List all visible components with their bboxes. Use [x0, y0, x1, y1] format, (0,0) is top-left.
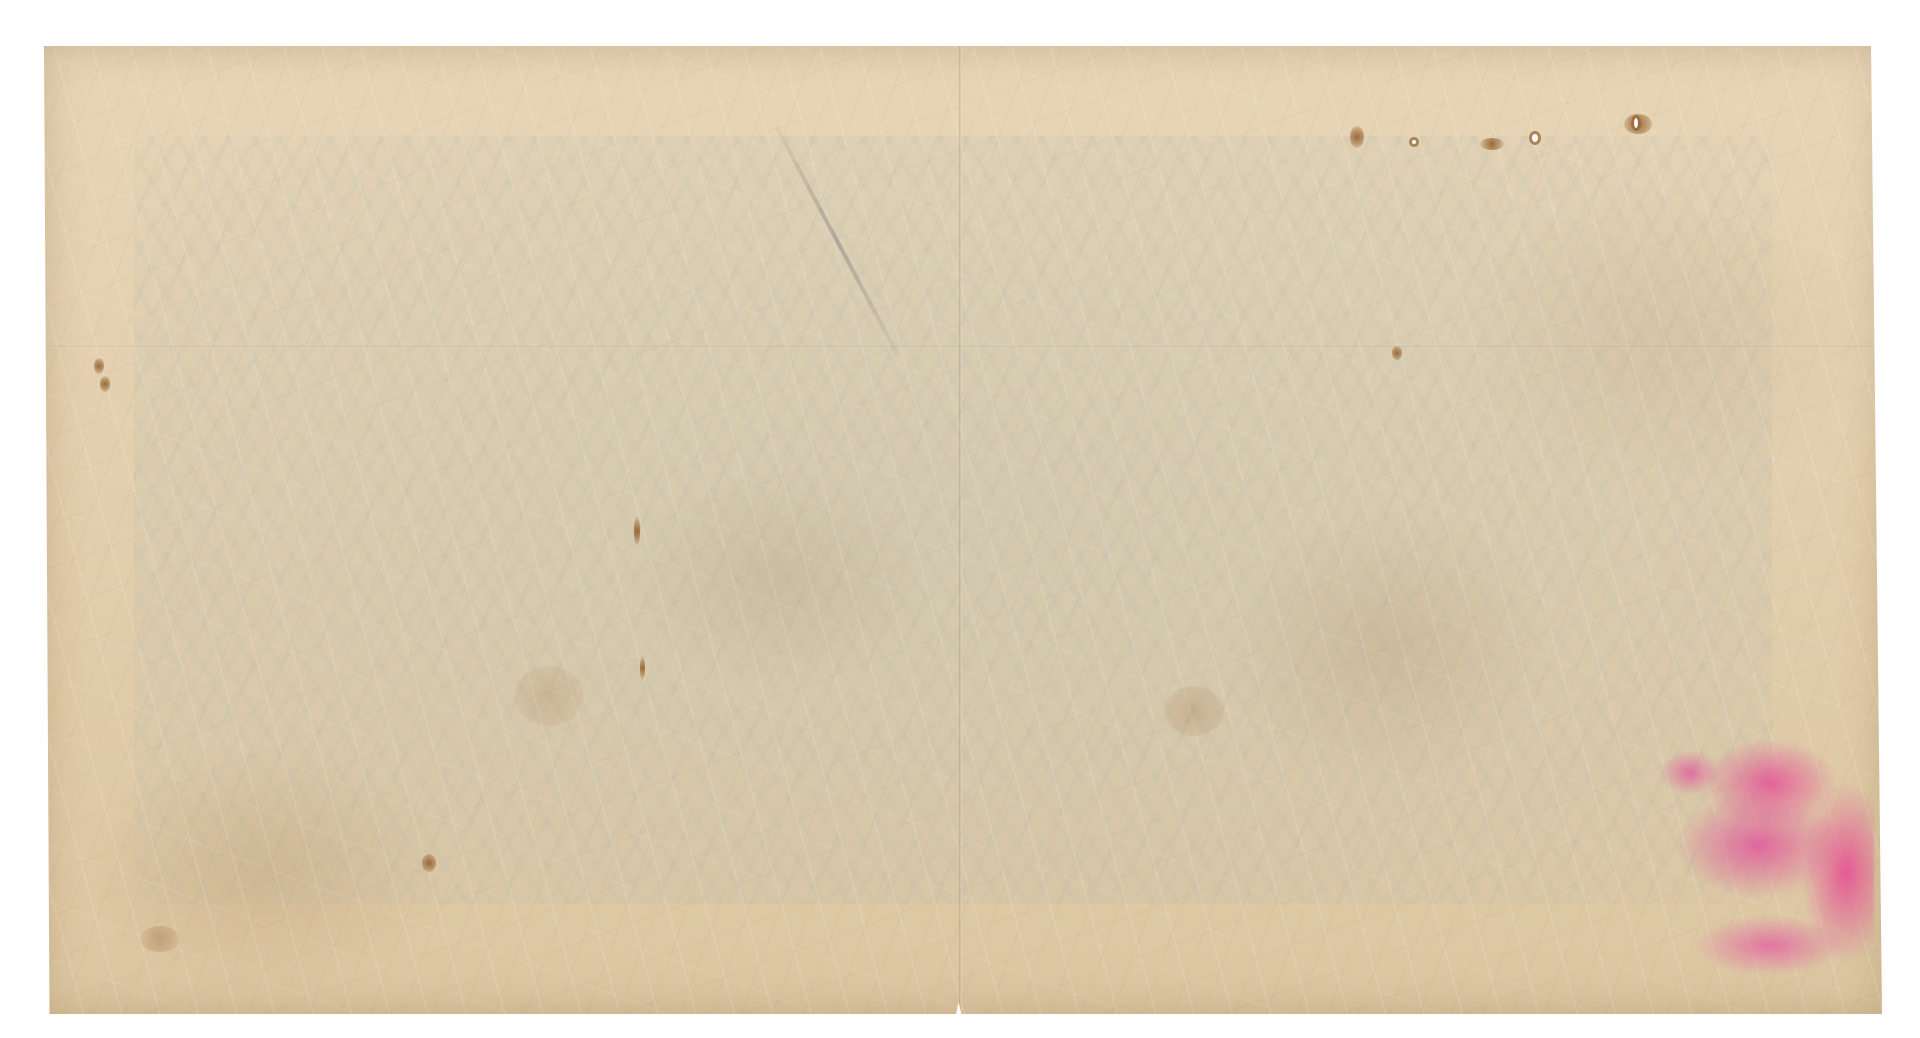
paper-hole — [1634, 118, 1638, 128]
paper-crinkle-texture — [44, 46, 1882, 1014]
foxing-spot — [94, 358, 104, 374]
foxing-spot — [1164, 686, 1224, 736]
foxing-spot — [100, 376, 110, 392]
banknote-reverse — [44, 46, 1882, 1014]
scan-background — [0, 0, 1920, 1038]
center-fold — [959, 46, 962, 1014]
horizontal-crease — [44, 346, 1882, 348]
paper-hole — [1532, 134, 1538, 142]
foxing-spot — [1350, 126, 1364, 148]
foxing-spot — [422, 854, 436, 872]
paper-hole — [1412, 140, 1416, 144]
foxing-spot — [634, 516, 640, 546]
foxing-spot — [1392, 346, 1402, 360]
foxing-spot — [1480, 138, 1504, 150]
foxing-spot — [1624, 114, 1652, 134]
foxing-spot — [140, 926, 180, 952]
magenta-ink-stain — [1644, 724, 1874, 994]
foxing-spot — [640, 656, 645, 680]
foxing-spot — [514, 666, 584, 726]
